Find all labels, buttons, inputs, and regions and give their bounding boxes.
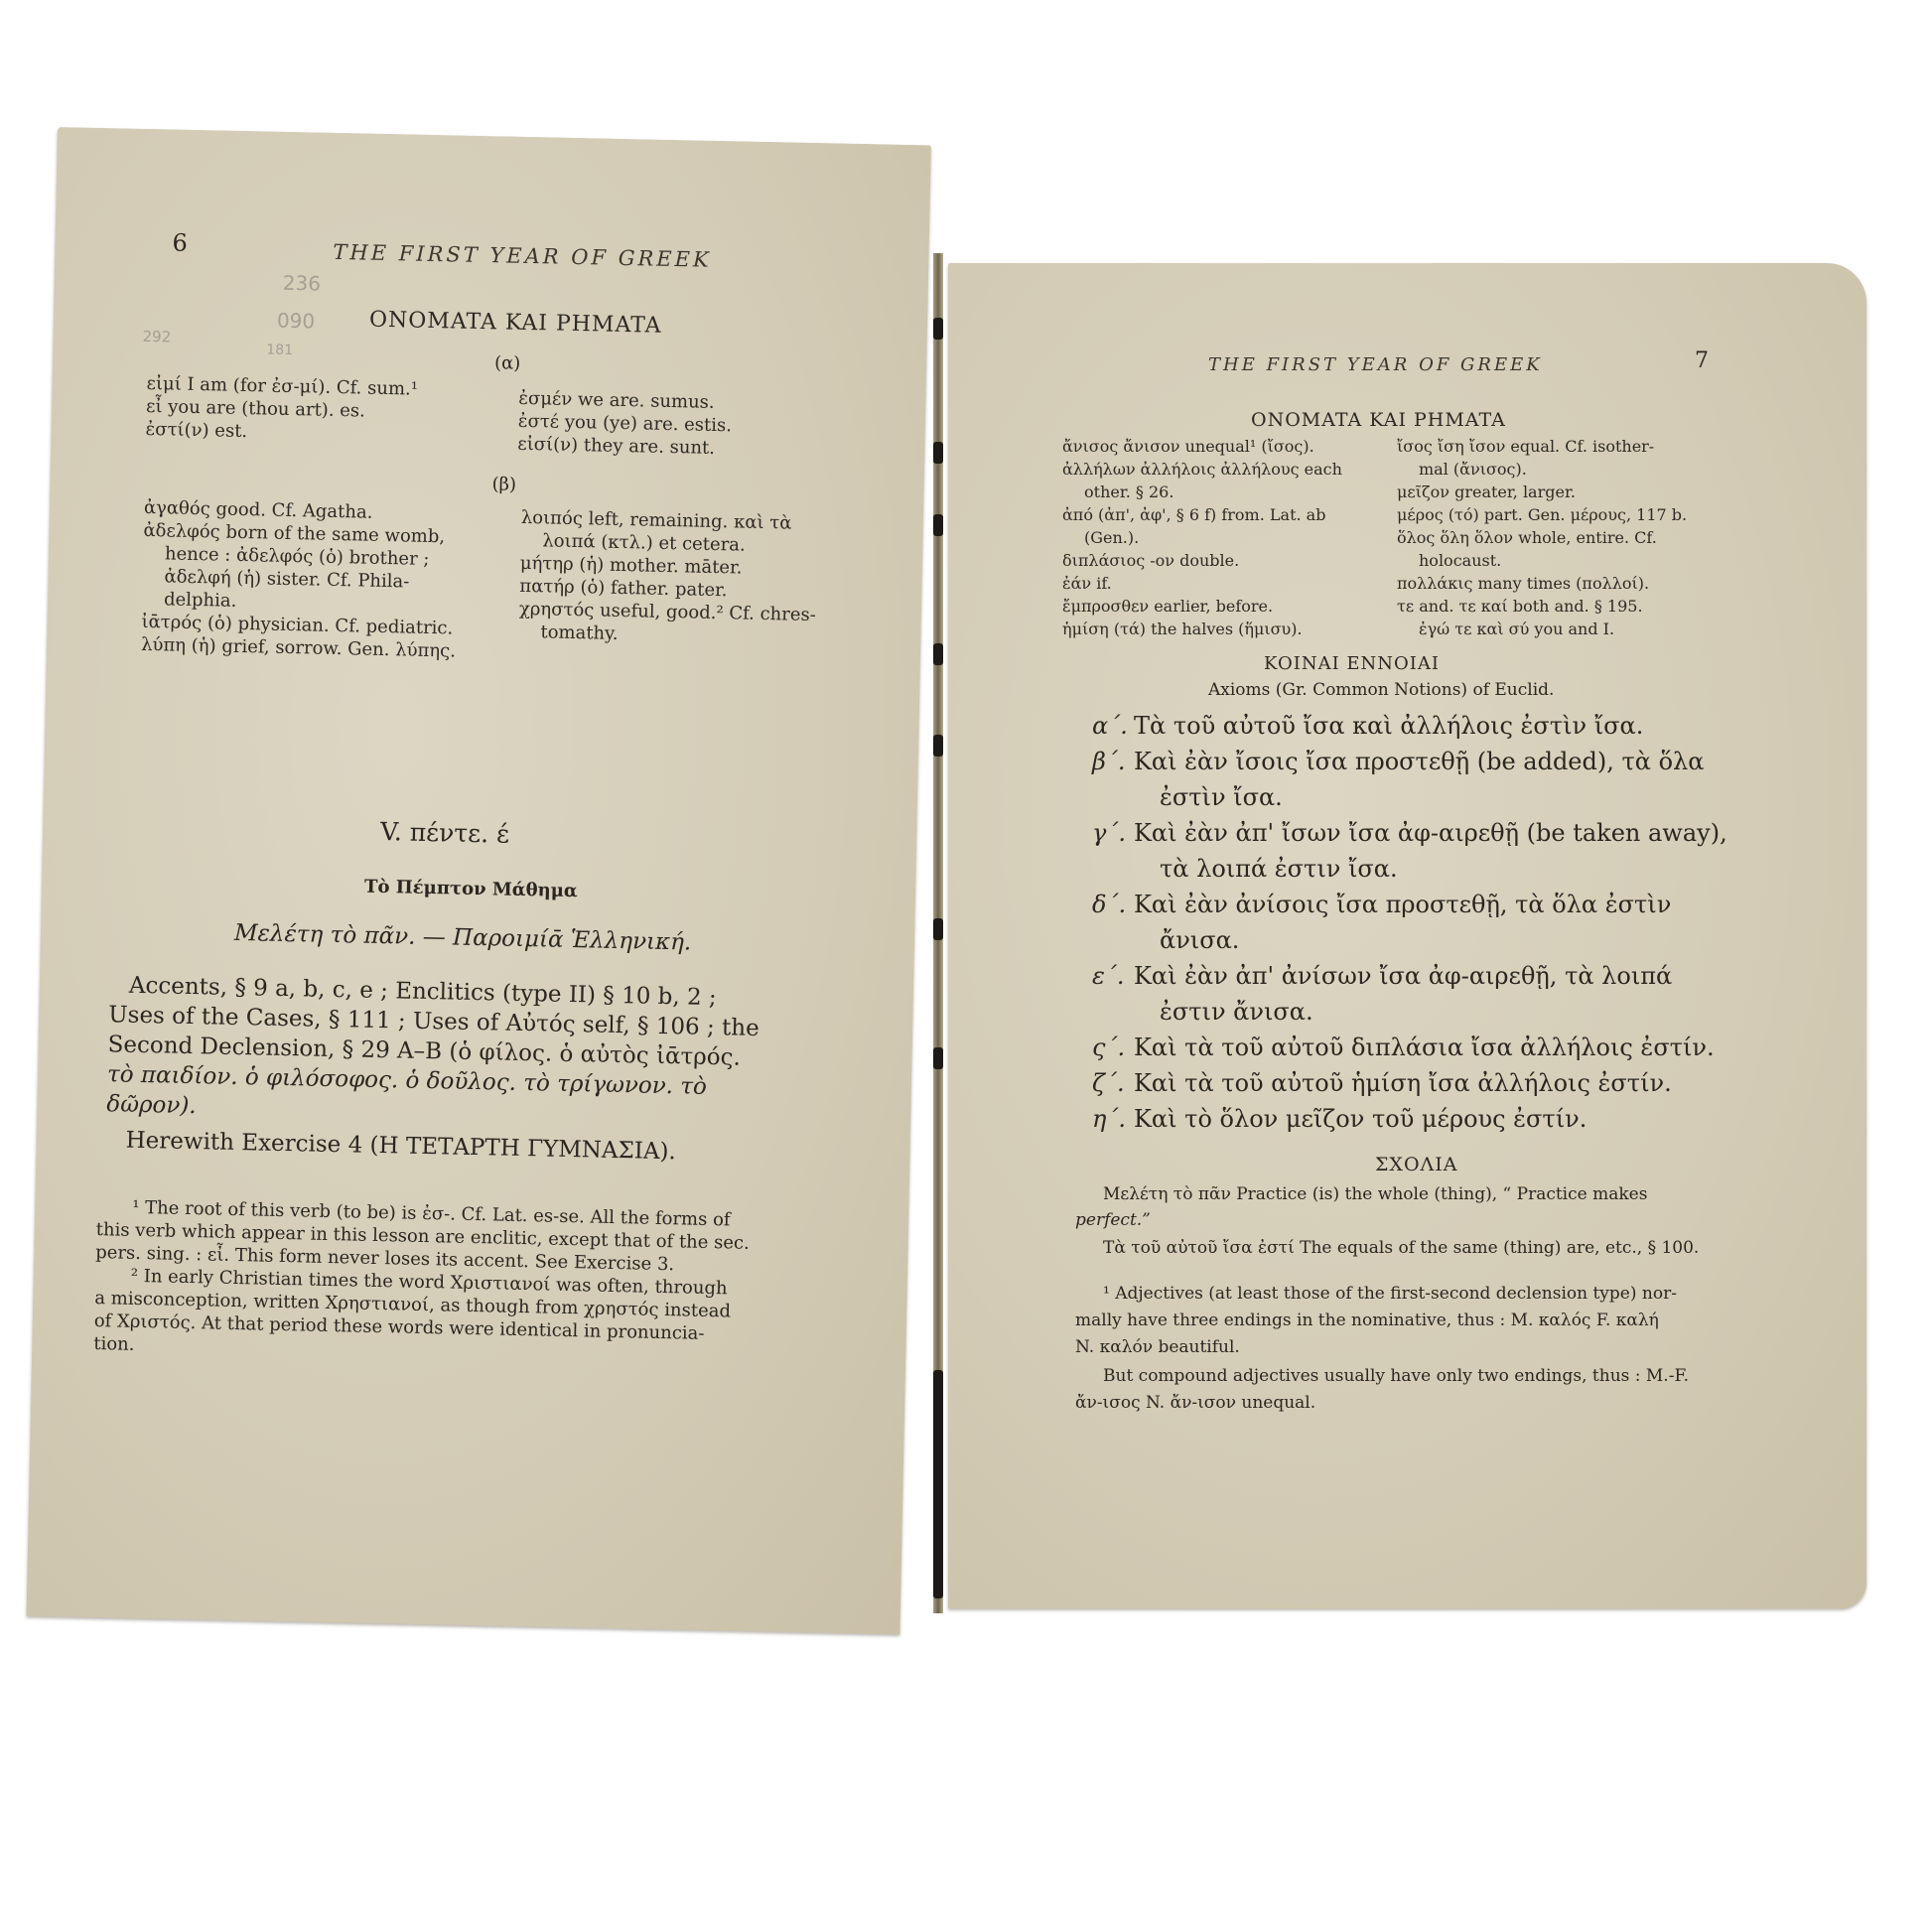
scholia-line: perfect.” <box>1075 1207 1699 1233</box>
footnote-line: mally have three endings in the nominati… <box>1075 1308 1689 1334</box>
binding-stitch <box>933 1047 943 1069</box>
axioms-list: α΄.Τὰ τοῦ αὐτοῦ ἴσα καὶ ἀλλήλοις ἐστὶν ἴ… <box>1092 708 1727 1137</box>
proverb: Μελέτη τὸ πᾶν. — Παροιμίᾱ Ἑλληνική. <box>234 920 692 956</box>
vocab-entry: ὅλος ὅλη ὅλον whole, entire. Cf. <box>1397 526 1687 549</box>
lesson-title: Τὸ Πέμπτον Μάθημα <box>364 877 578 901</box>
footnote-line: N. καλόν beautiful. <box>1075 1334 1689 1361</box>
binding-stitch <box>933 918 943 940</box>
axiom-label: ε΄. <box>1092 958 1134 994</box>
vocab-entry: ἐάν if. <box>1062 572 1342 595</box>
vocab-heading: ONOMATA KAI PHMATA <box>369 308 662 339</box>
footnotes: ¹ The root of this verb (to be) is ἐσ-. … <box>93 1195 750 1369</box>
exercise-line: Herewith Exercise 4 (Η ΤΕΤΑΡΤΗ ΓΥΜΝΑΣΙΑ)… <box>105 1125 757 1169</box>
footnote-line: ἄν-ισος N. ἄν-ισον unequal. <box>1075 1390 1689 1417</box>
axiom-item: ε΄.Καὶ ἐὰν ἀπ' ἀνίσων ἴσα ἀφ-αιρεθῇ, τὰ … <box>1092 958 1727 994</box>
pencil-mark: 292 <box>142 328 171 346</box>
scholia-line: Τὰ τοῦ αὐτοῦ ἴσα ἐστί The equals of the … <box>1075 1235 1699 1261</box>
axiom-label: δ΄. <box>1092 887 1134 922</box>
axiom-label: ς΄. <box>1092 1030 1134 1065</box>
axiom-label: β΄. <box>1092 744 1134 779</box>
vocab-entry: other. § 26. <box>1062 481 1342 503</box>
scholia-heading: ΣΧΟΛΙΑ <box>1375 1154 1457 1175</box>
vocab-group-a-right: ἐσμέν we are. sumus. ἐστέ you (ye) are. … <box>517 387 733 460</box>
axiom-text: Καὶ ἐὰν ἀνίσοις ἴσα προστεθῇ, τὰ ὅλα ἐστ… <box>1134 891 1671 918</box>
axiom-item: β΄.Καὶ ἐὰν ἴσοις ἴσα προστεθῇ (be added)… <box>1092 744 1727 779</box>
vocab-entry: ἡμίση (τά) the halves (ἥμισυ). <box>1062 618 1342 640</box>
binding-stitch <box>933 442 943 464</box>
vocab-entry: μεῖζον greater, larger. <box>1397 481 1687 503</box>
axioms-subheading: Axioms (Gr. Common Notions) of Euclid. <box>1208 680 1554 700</box>
axiom-continuation: τὰ λοιπά ἐστιν ἴσα. <box>1092 851 1727 887</box>
axiom-text: Τὰ τοῦ αὐτοῦ ἴσα καὶ ἀλλήλοις ἐστὶν ἴσα. <box>1134 712 1643 740</box>
pencil-mark: 236 <box>283 271 322 296</box>
axiom-item: α΄.Τὰ τοῦ αὐτοῦ ἴσα καὶ ἀλλήλοις ἐστὶν ἴ… <box>1092 708 1727 744</box>
axiom-label: α΄. <box>1092 708 1134 744</box>
axiom-text: Καὶ ἐὰν ἀπ' ἴσων ἴσα ἀφ-αιρεθῇ (be taken… <box>1134 819 1727 847</box>
scholia: Μελέτη τὸ πᾶν Practice (is) the whole (t… <box>1075 1181 1699 1261</box>
vocab-entry: ἔμπροσθεν earlier, before. <box>1062 595 1342 618</box>
axiom-continuation: ἄνισα. <box>1092 922 1727 958</box>
vocab-entry: holocaust. <box>1397 549 1687 572</box>
vocab-entry: (Gen.). <box>1062 526 1342 549</box>
page-number: 6 <box>172 228 188 256</box>
axiom-item: η΄.Καὶ τὸ ὅλον μεῖζον τοῦ μέρους ἐστίν. <box>1092 1101 1727 1137</box>
axiom-text: Καὶ τὰ τοῦ αὐτοῦ ἡμίση ἴσα ἀλλήλοις ἐστί… <box>1134 1069 1672 1097</box>
pencil-mark: 181 <box>266 342 293 358</box>
lesson-body: Accents, § 9 a, b, c, e ; Enclitics (typ… <box>105 970 759 1169</box>
axiom-label: η΄. <box>1092 1101 1134 1137</box>
axiom-label: γ΄. <box>1092 815 1134 851</box>
pencil-mark: 090 <box>277 309 316 334</box>
binding-gap <box>933 1370 943 1598</box>
vocab-entry: ἀπό (ἀπ', ἀφ', § 6 f) from. Lat. ab <box>1062 503 1342 526</box>
vocab-group-b-right: λοιπός left, remaining. καὶ τὰ λοιπά (κτ… <box>518 506 818 649</box>
binding-stitch <box>933 318 943 340</box>
vocab-entry: ἐστί(ν) est. <box>145 418 417 447</box>
vocab-entry: ἀλλήλων ἀλλήλοις ἀλλήλους each <box>1062 458 1342 481</box>
vocab-left-column: ἄνισος ἄνισον unequal¹ (ἴσος). ἀλλήλων ἀ… <box>1062 435 1342 640</box>
vocab-entry: τε and. τε καί both and. § 195. <box>1397 595 1687 618</box>
running-head: THE FIRST YEAR OF GREEK <box>1208 354 1543 375</box>
scholia-line: Μελέτη τὸ πᾶν Practice (is) the whole (t… <box>1075 1181 1699 1207</box>
vocab-entry: εἰσί(ν) they are. sunt. <box>517 433 732 461</box>
axiom-continuation: ἐστὶν ἴσα. <box>1092 779 1727 815</box>
axioms-heading: KOINAI ENNOIAI <box>1264 653 1440 674</box>
axiom-item: δ΄.Καὶ ἐὰν ἀνίσοις ἴσα προστεθῇ, τὰ ὅλα … <box>1092 887 1727 922</box>
axiom-text: Καὶ ἐὰν ἴσοις ἴσα προστεθῇ (be added), τ… <box>1134 748 1704 775</box>
axiom-text: Καὶ ἐὰν ἀπ' ἀνίσων ἴσα ἀφ-αιρεθῇ, τὰ λοι… <box>1134 962 1672 990</box>
vocab-entry: ἐγώ τε καὶ σύ you and I. <box>1397 618 1687 640</box>
vocab-entry: διπλάσιος -ον double. <box>1062 549 1342 572</box>
vocab-right-column: ἴσος ἴση ἴσον equal. Cf. isother- mal (ἄ… <box>1397 435 1687 640</box>
vocab-entry: μέρος (τό) part. Gen. μέρους, 117 b. <box>1397 503 1687 526</box>
axiom-continuation: ἐστιν ἄνισα. <box>1092 994 1727 1030</box>
vocab-entry: ἴσος ἴση ἴσον equal. Cf. isother- <box>1397 435 1687 458</box>
axiom-item: γ΄.Καὶ ἐὰν ἀπ' ἴσων ἴσα ἀφ-αιρεθῇ (be ta… <box>1092 815 1727 851</box>
page-number: 7 <box>1695 348 1709 373</box>
vocab-entry: mal (ἄνισος). <box>1397 458 1687 481</box>
axiom-text: Καὶ τὰ τοῦ αὐτοῦ διπλάσια ἴσα ἀλλήλοις ἐ… <box>1134 1034 1715 1061</box>
binding-stitch <box>933 514 943 536</box>
vocab-entry: πολλάκις many times (πολλοί). <box>1397 572 1687 595</box>
axiom-item: ζ΄.Καὶ τὰ τοῦ αὐτοῦ ἡμίση ἴσα ἀλλήλοις ἐ… <box>1092 1065 1727 1101</box>
footnote-line: But compound adjectives usually have onl… <box>1075 1363 1689 1390</box>
axiom-text: Καὶ τὸ ὅλον μεῖζον τοῦ μέρους ἐστίν. <box>1134 1105 1587 1133</box>
group-a-label: (α) <box>494 352 521 374</box>
right-page: THE FIRST YEAR OF GREEK 7 ONOMATA KAI PH… <box>948 263 1866 1608</box>
footnotes: ¹ Adjectives (at least those of the firs… <box>1075 1281 1689 1417</box>
lesson-number: V. πέντε. έ <box>380 817 509 849</box>
vocab-group-a-left: εἰμί I am (for ἐσ-μί). Cf. sum.¹ εἶ you … <box>145 372 418 447</box>
binding-stitch <box>933 735 943 757</box>
running-head: THE FIRST YEAR OF GREEK <box>333 240 712 272</box>
vocab-entry: ἄνισος ἄνισον unequal¹ (ἴσος). <box>1062 435 1342 458</box>
group-b-label: (β) <box>491 474 516 495</box>
vocab-heading: ONOMATA KAI PHMATA <box>1251 409 1506 431</box>
binding-stitch <box>933 643 943 665</box>
footnote-line: ¹ Adjectives (at least those of the firs… <box>1075 1281 1689 1308</box>
axiom-item: ς΄.Καὶ τὰ τοῦ αὐτοῦ διπλάσια ἴσα ἀλλήλοι… <box>1092 1030 1727 1065</box>
left-page: 6 THE FIRST YEAR OF GREEK 236 090 292 18… <box>27 127 931 1634</box>
axiom-label: ζ΄. <box>1092 1065 1134 1101</box>
vocab-group-b-left: ἀγαθός good. Cf. Agatha. ἀδελφός born of… <box>141 496 459 663</box>
